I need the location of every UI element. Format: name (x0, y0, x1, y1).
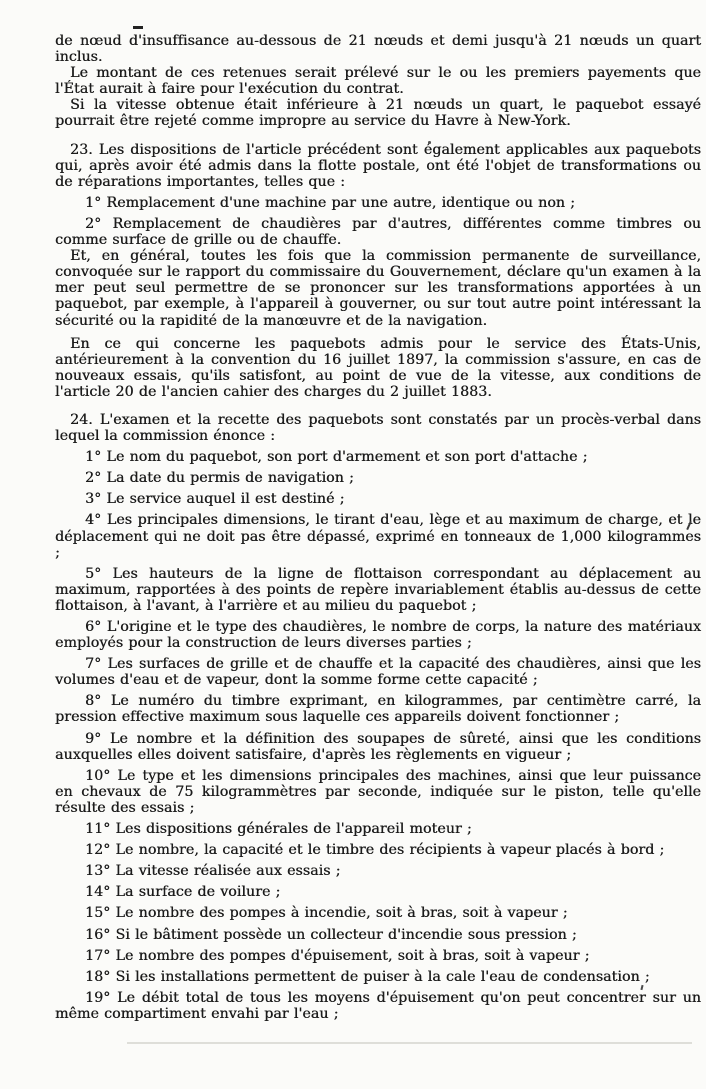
paragraph-continuation: de nœud d'insuffisance au-dessous de 21 … (55, 33, 701, 65)
article-24-item-15: 15° Le nombre des pompes à incendie, soi… (55, 905, 701, 921)
article-24-item-8: 8° Le numéro du timbre exprimant, en kil… (55, 693, 701, 725)
paragraph-vitesse: Si la vitesse obtenue était inférieure à… (55, 97, 701, 129)
article-23-item-2: 2° Remplacement de chaudières par d'autr… (55, 216, 701, 248)
article-24-item-1: 1° Le nom du paquebot, son port d'armeme… (55, 449, 701, 465)
paragraph-commission: Et, en général, toutes les fois que la c… (55, 248, 701, 328)
article-24: 24. L'examen et la recette des paquebots… (55, 412, 701, 444)
article-24-item-5: 5° Les hauteurs de la ligne de flottaiso… (55, 566, 701, 614)
article-24-item-16: 16° Si le bâtiment possède un collecteur… (55, 927, 701, 943)
paragraph-etats-unis: En ce qui concerne les paquebots admis p… (55, 336, 701, 400)
article-24-item-18: 18° Si les installations permettent de p… (55, 969, 701, 985)
article-24-item-10: 10° Le type et les dimensions principale… (55, 768, 701, 816)
article-24-item-19: 19° Le débit total de tous les moyens d'… (55, 990, 701, 1022)
scan-artifact-faint-line (127, 1042, 692, 1044)
article-24-item-14: 14° La surface de voilure ; (55, 884, 701, 900)
article-24-item-6: 6° L'origine et le type des chaudières, … (55, 619, 701, 651)
paragraph-retenues: Le montant de ces retenues serait prélev… (55, 65, 701, 97)
article-24-item-9: 9° Le nombre et la définition des soupap… (55, 731, 701, 763)
article-24-item-4: 4° Les principales dimensions, le tirant… (55, 512, 701, 560)
document-page: de nœud d'insuffisance au-dessous de 21 … (0, 0, 706, 1089)
article-24-item-7: 7° Les surfaces de grille et de chauffe … (55, 656, 701, 688)
article-23: 23. Les dispositions de l'article précéd… (55, 142, 701, 190)
scan-artifact-dot (428, 141, 431, 144)
article-24-item-12: 12° Le nombre, la capacité et le timbre … (55, 842, 701, 858)
article-24-item-17: 17° Le nombre des pompes d'épuisement, s… (55, 948, 701, 964)
article-24-item-3: 3° Le service auquel il est destiné ; (55, 491, 701, 507)
article-23-item-1: 1° Remplacement d'une machine par une au… (55, 195, 701, 211)
article-24-item-11: 11° Les dispositions générales de l'appa… (55, 821, 701, 837)
article-24-item-2: 2° La date du permis de navigation ; (55, 470, 701, 486)
article-24-item-13: 13° La vitesse réalisée aux essais ; (55, 863, 701, 879)
scan-artifact-dash (133, 26, 143, 29)
